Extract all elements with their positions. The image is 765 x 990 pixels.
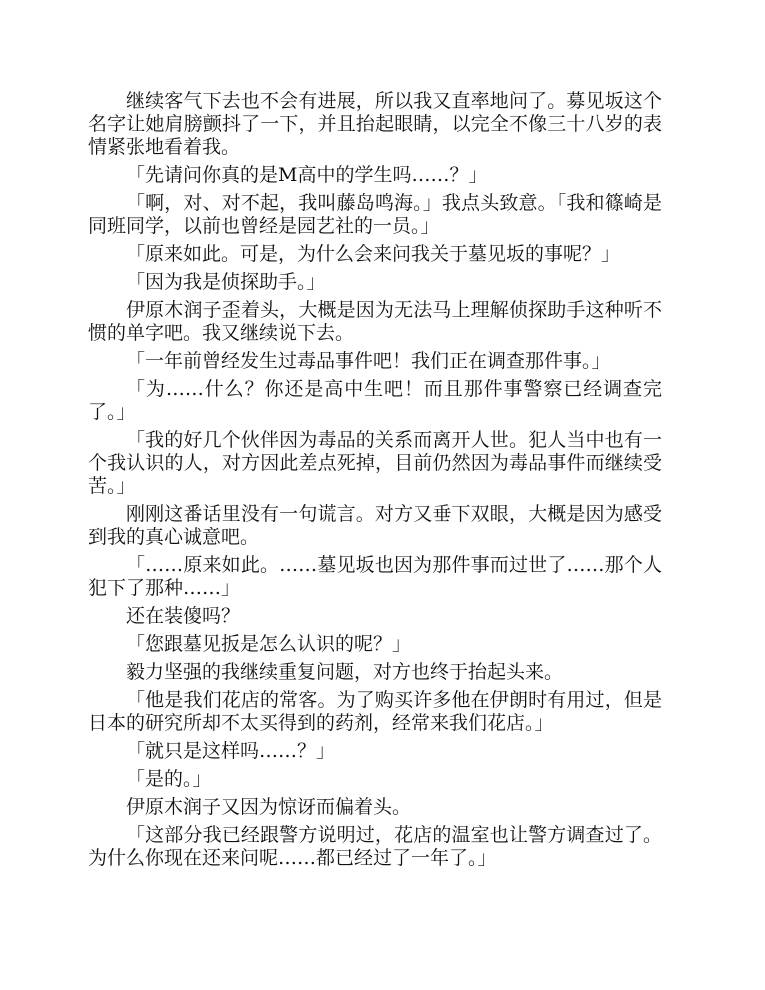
- paragraph: 「先请问你真的是M高中的学生吗……？」: [88, 164, 662, 187]
- document-page: 继续客气下去也不会有进展，所以我又直率地问了。募见坂这个名字让她肩膀颤抖了一下，…: [88, 90, 662, 875]
- paragraph: 「为……什么？你还是高中生吧！而且那件事警察已经调查完了。」: [88, 378, 662, 424]
- paragraph: 「他是我们花店的常客。为了购买许多他在伊朗时有用过，但是日本的研究所却不太买得到…: [88, 689, 662, 735]
- paragraph: 「啊，对、对不起，我叫藤岛鸣海。」我点头致意。「我和篠崎是同班同学，以前也曾经是…: [88, 192, 662, 238]
- paragraph: 「您跟墓见扳是怎么认识的呢？」: [88, 633, 662, 656]
- paragraph: 「……原来如此。……墓见坂也因为那件事而过世了……那个人犯下了那种……」: [88, 554, 662, 600]
- paragraph: 「就只是这样吗……？」: [88, 740, 662, 763]
- paragraph: 「这部分我已经跟警方说明过，花店的温室也让警方调查过了。为什么你现在还来问呢………: [88, 824, 662, 870]
- paragraph: 「原来如此。可是，为什么会来问我关于墓见坂的事呢？」: [88, 243, 662, 266]
- paragraph: 「是的。」: [88, 768, 662, 791]
- paragraph: 伊原木润子歪着头，大概是因为无法马上理解侦探助手这种听不惯的单字吧。我又继续说下…: [88, 299, 662, 345]
- paragraph: 「一年前曾经发生过毒品事件吧！我们正在调查那件事。」: [88, 350, 662, 373]
- paragraph: 还在装傻吗？: [88, 605, 662, 628]
- paragraph: 「我的好几个伙伴因为毒品的关系而离开人世。犯人当中也有一个我认识的人，对方因此差…: [88, 429, 662, 498]
- paragraph: 伊原木润子又因为惊讶而偏着头。: [88, 796, 662, 819]
- paragraph: 继续客气下去也不会有进展，所以我又直率地问了。募见坂这个名字让她肩膀颤抖了一下，…: [88, 90, 662, 159]
- paragraph: 「因为我是侦探助手。」: [88, 271, 662, 294]
- paragraph: 毅力坚强的我继续重复问题，对方也终于抬起头来。: [88, 661, 662, 684]
- paragraph: 刚刚这番话里没有一句谎言。对方又垂下双眼，大概是因为感受到我的真心诚意吧。: [88, 503, 662, 549]
